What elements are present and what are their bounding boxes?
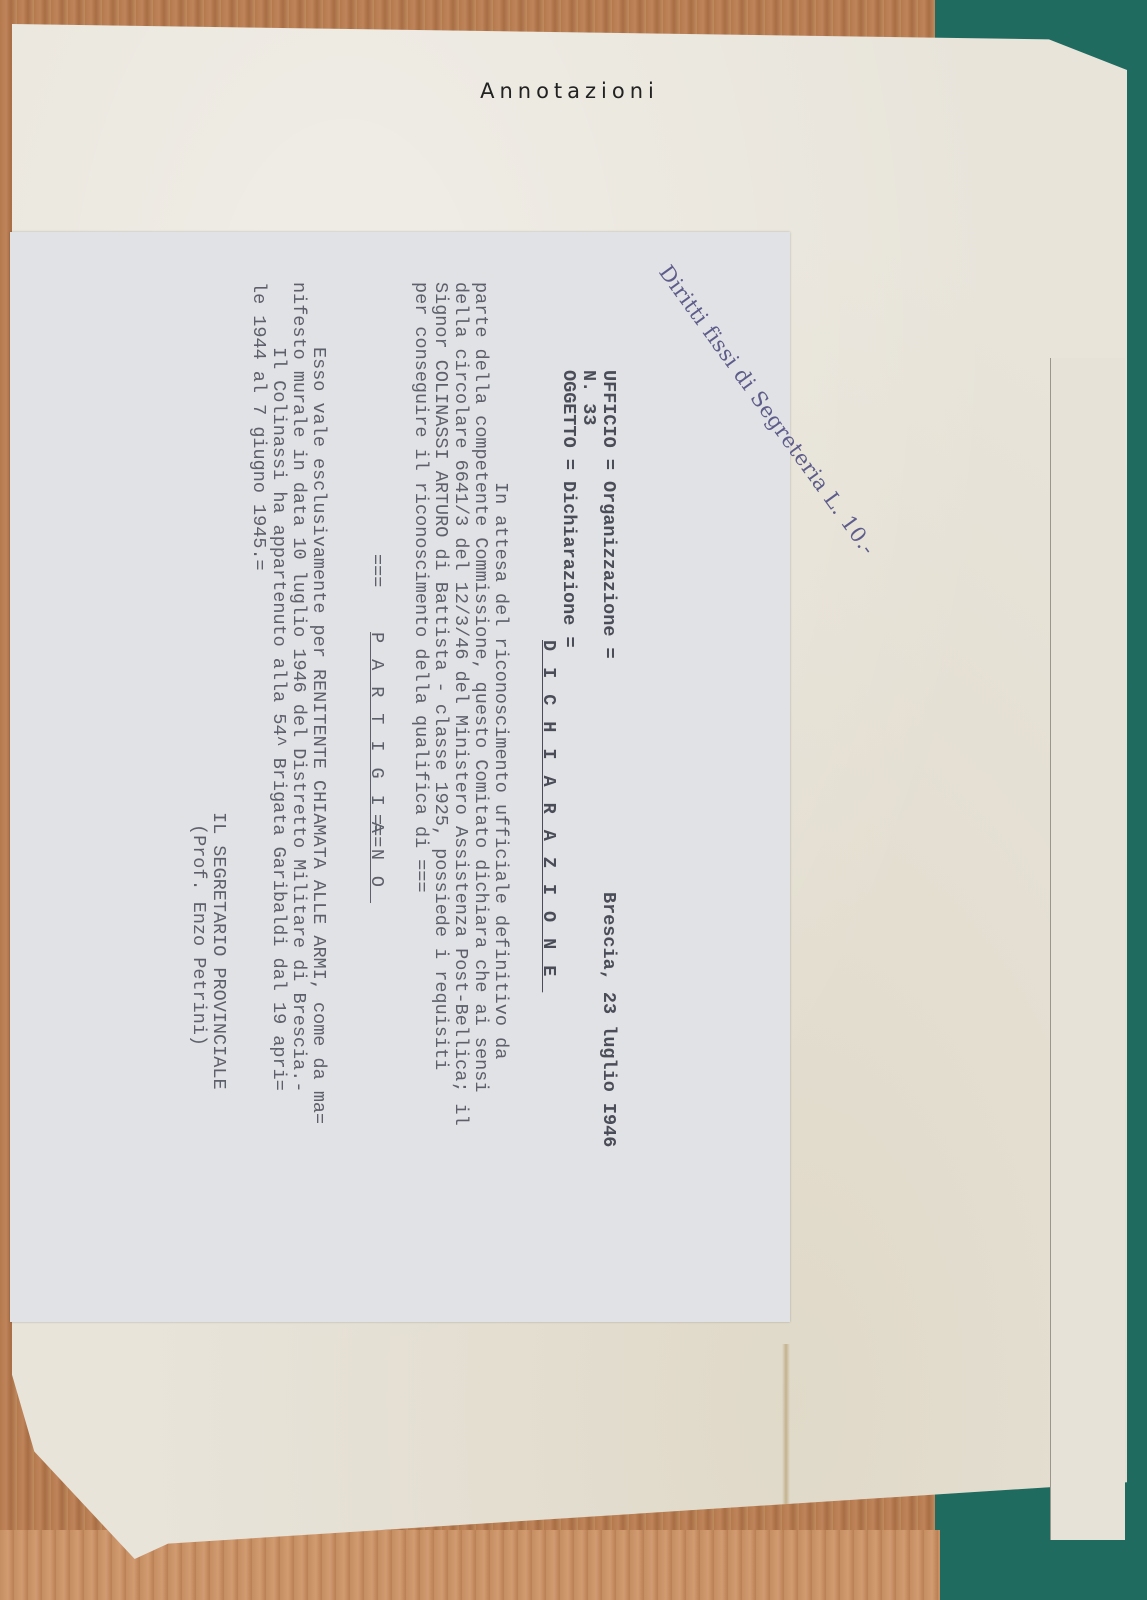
qualifica-title: PARTIGIANO bbox=[366, 632, 386, 903]
body-line: per conseguire il riconoscimento della q… bbox=[410, 282, 430, 893]
qualifica-prefix: === bbox=[366, 554, 386, 587]
signature-title: IL SEGRETARIO PROVINCIALE bbox=[208, 812, 228, 1090]
body-line: parte della competente Commissione, ques… bbox=[470, 282, 490, 1092]
oggetto-line: OGGETTO = Dichiarazione = bbox=[558, 370, 578, 648]
body-line: Signor COLINASSI ARTURO di Battista - cl… bbox=[430, 282, 450, 1070]
ufficio-line: UFFICIO = Organizzazione = bbox=[598, 370, 618, 659]
place-date: Brescia, 23 luglio I946 bbox=[598, 892, 618, 1147]
typed-declaration-note: Diritti fissi di Segreteria L. 10.- UFFI… bbox=[10, 232, 790, 1322]
page-title-text: Annotazioni bbox=[480, 79, 659, 103]
document-heading: DICHIARAZIONE bbox=[538, 640, 558, 992]
body-line: In attesa del riconoscimento ufficiale d… bbox=[490, 482, 510, 1059]
qualifica-suffix: === bbox=[366, 814, 386, 847]
page-title: Annotazioni bbox=[12, 79, 1127, 103]
signature-name: (Prof. Enzo Petrini) bbox=[188, 824, 208, 1046]
body-line: della circolare 6641/3 del 12/3/46 del M… bbox=[450, 282, 470, 1126]
note-content-rotated: Diritti fissi di Segreteria L. 10.- UFFI… bbox=[10, 232, 790, 1322]
validity-line: Il Colinassi ha appartenuto alla 54^ Bri… bbox=[268, 347, 288, 1091]
protocol-number: N. 33 bbox=[578, 370, 598, 426]
validity-line: le 1944 al 7 giugno 1945.= bbox=[248, 282, 268, 571]
attached-paper-strip bbox=[1050, 358, 1125, 1540]
validity-line: nifesto murale in data 10 luglio 1946 de… bbox=[288, 282, 308, 1092]
validity-line: Esso vale esclusivamente per RENITENTE C… bbox=[308, 347, 328, 1124]
